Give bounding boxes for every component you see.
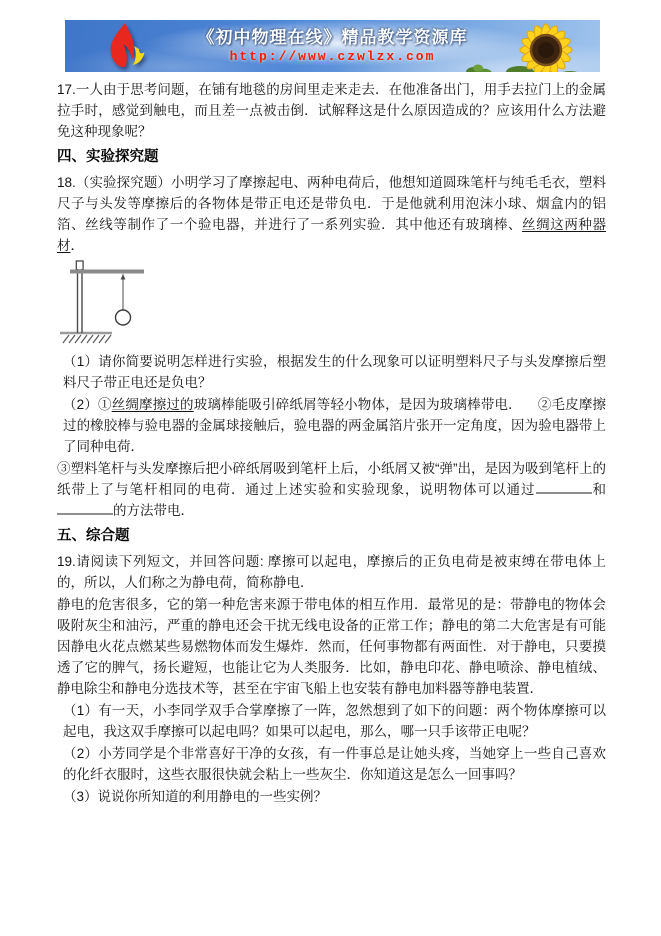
document-content: 17.一人由于思考问题，在铺有地毯的房间里走来走去．在他准备出门，用手去拉门上的…	[0, 79, 661, 808]
question-18-intro: 18.（实验探究题）小明学习了摩擦起电、两种电荷后，他想知道圆珠笔杆与纯毛毛衣，…	[57, 172, 606, 256]
question-18-part2-label: （2）①	[63, 397, 112, 412]
iron-stand-hanging-ball-figure	[59, 259, 151, 347]
experiment-figure	[59, 259, 606, 347]
question-18-intro-period: ．	[71, 238, 85, 253]
question-18-part3-text: ③塑料笔杆与头发摩擦后把小碎纸屑吸到笔杆上后，小纸屑又被“弹”出，是因为吸到笔杆…	[57, 461, 606, 497]
question-19-intro: 19.请阅读下列短文，并回答问题: 摩擦可以起电，摩擦后的正负电荷是被束缚在带电…	[57, 551, 606, 593]
question-18-part3: ③塑料笔杆与头发摩擦后把小碎纸屑吸到笔杆上后，小纸屑又被“弹”出，是因为吸到笔杆…	[57, 458, 606, 521]
question-17-text: 17.一人由于思考问题，在铺有地毯的房间里走来走去．在他准备出门，用手去拉门上的…	[57, 82, 606, 139]
question-18-part2-underlined: 丝绸摩擦过的	[112, 397, 194, 412]
sunflower-icon	[496, 20, 596, 72]
question-18-part3-and: 和	[592, 482, 607, 497]
green-plant-icon	[466, 60, 492, 72]
question-18-part2: （2）①丝绸摩擦过的玻璃棒能吸引碎纸屑等轻小物体，是因为玻璃棒带电．②毛皮摩擦过…	[57, 394, 606, 457]
section-5-heading: 五、综合题	[57, 526, 606, 547]
site-banner: 《初中物理在线》精品教学资源库 http://www.czwlzx.com	[65, 20, 600, 72]
question-19-part1: （1）有一天，小李同学双手合掌摩擦了一阵，忽然想到了如下的问题：两个物体摩擦可以…	[57, 700, 606, 742]
answer-blank-1	[536, 479, 592, 494]
document-page: 《初中物理在线》精品教学资源库 http://www.czwlzx.com	[0, 0, 661, 936]
question-19-passage: 静电的危害很多，它的第一种危害来源于带电体的相互作用．最常见的是：带静电的物体会…	[57, 594, 606, 699]
question-18-part2-text: 玻璃棒能吸引碎纸屑等轻小物体，是因为玻璃棒带电．	[194, 397, 522, 412]
question-18-part3-end: 的方法带电．	[113, 503, 194, 518]
answer-blank-2	[57, 500, 113, 515]
section-4-heading: 四、实验探究题	[57, 147, 606, 168]
question-18-part1: （1）请你简要说明怎样进行实验，根据发生的什么现象可以证明塑料尺子与头发摩擦后塑…	[57, 351, 606, 393]
question-17: 17.一人由于思考问题，在铺有地毯的房间里走来走去．在他准备出门，用手去拉门上的…	[57, 79, 606, 142]
question-19-part3: （3）说说你所知道的利用静电的一些实例？	[57, 786, 606, 807]
question-19-part2: （2）小芳同学是个非常喜好干净的女孩，有一件事总是让她头疼，当她穿上一些自己喜欢…	[57, 743, 606, 785]
